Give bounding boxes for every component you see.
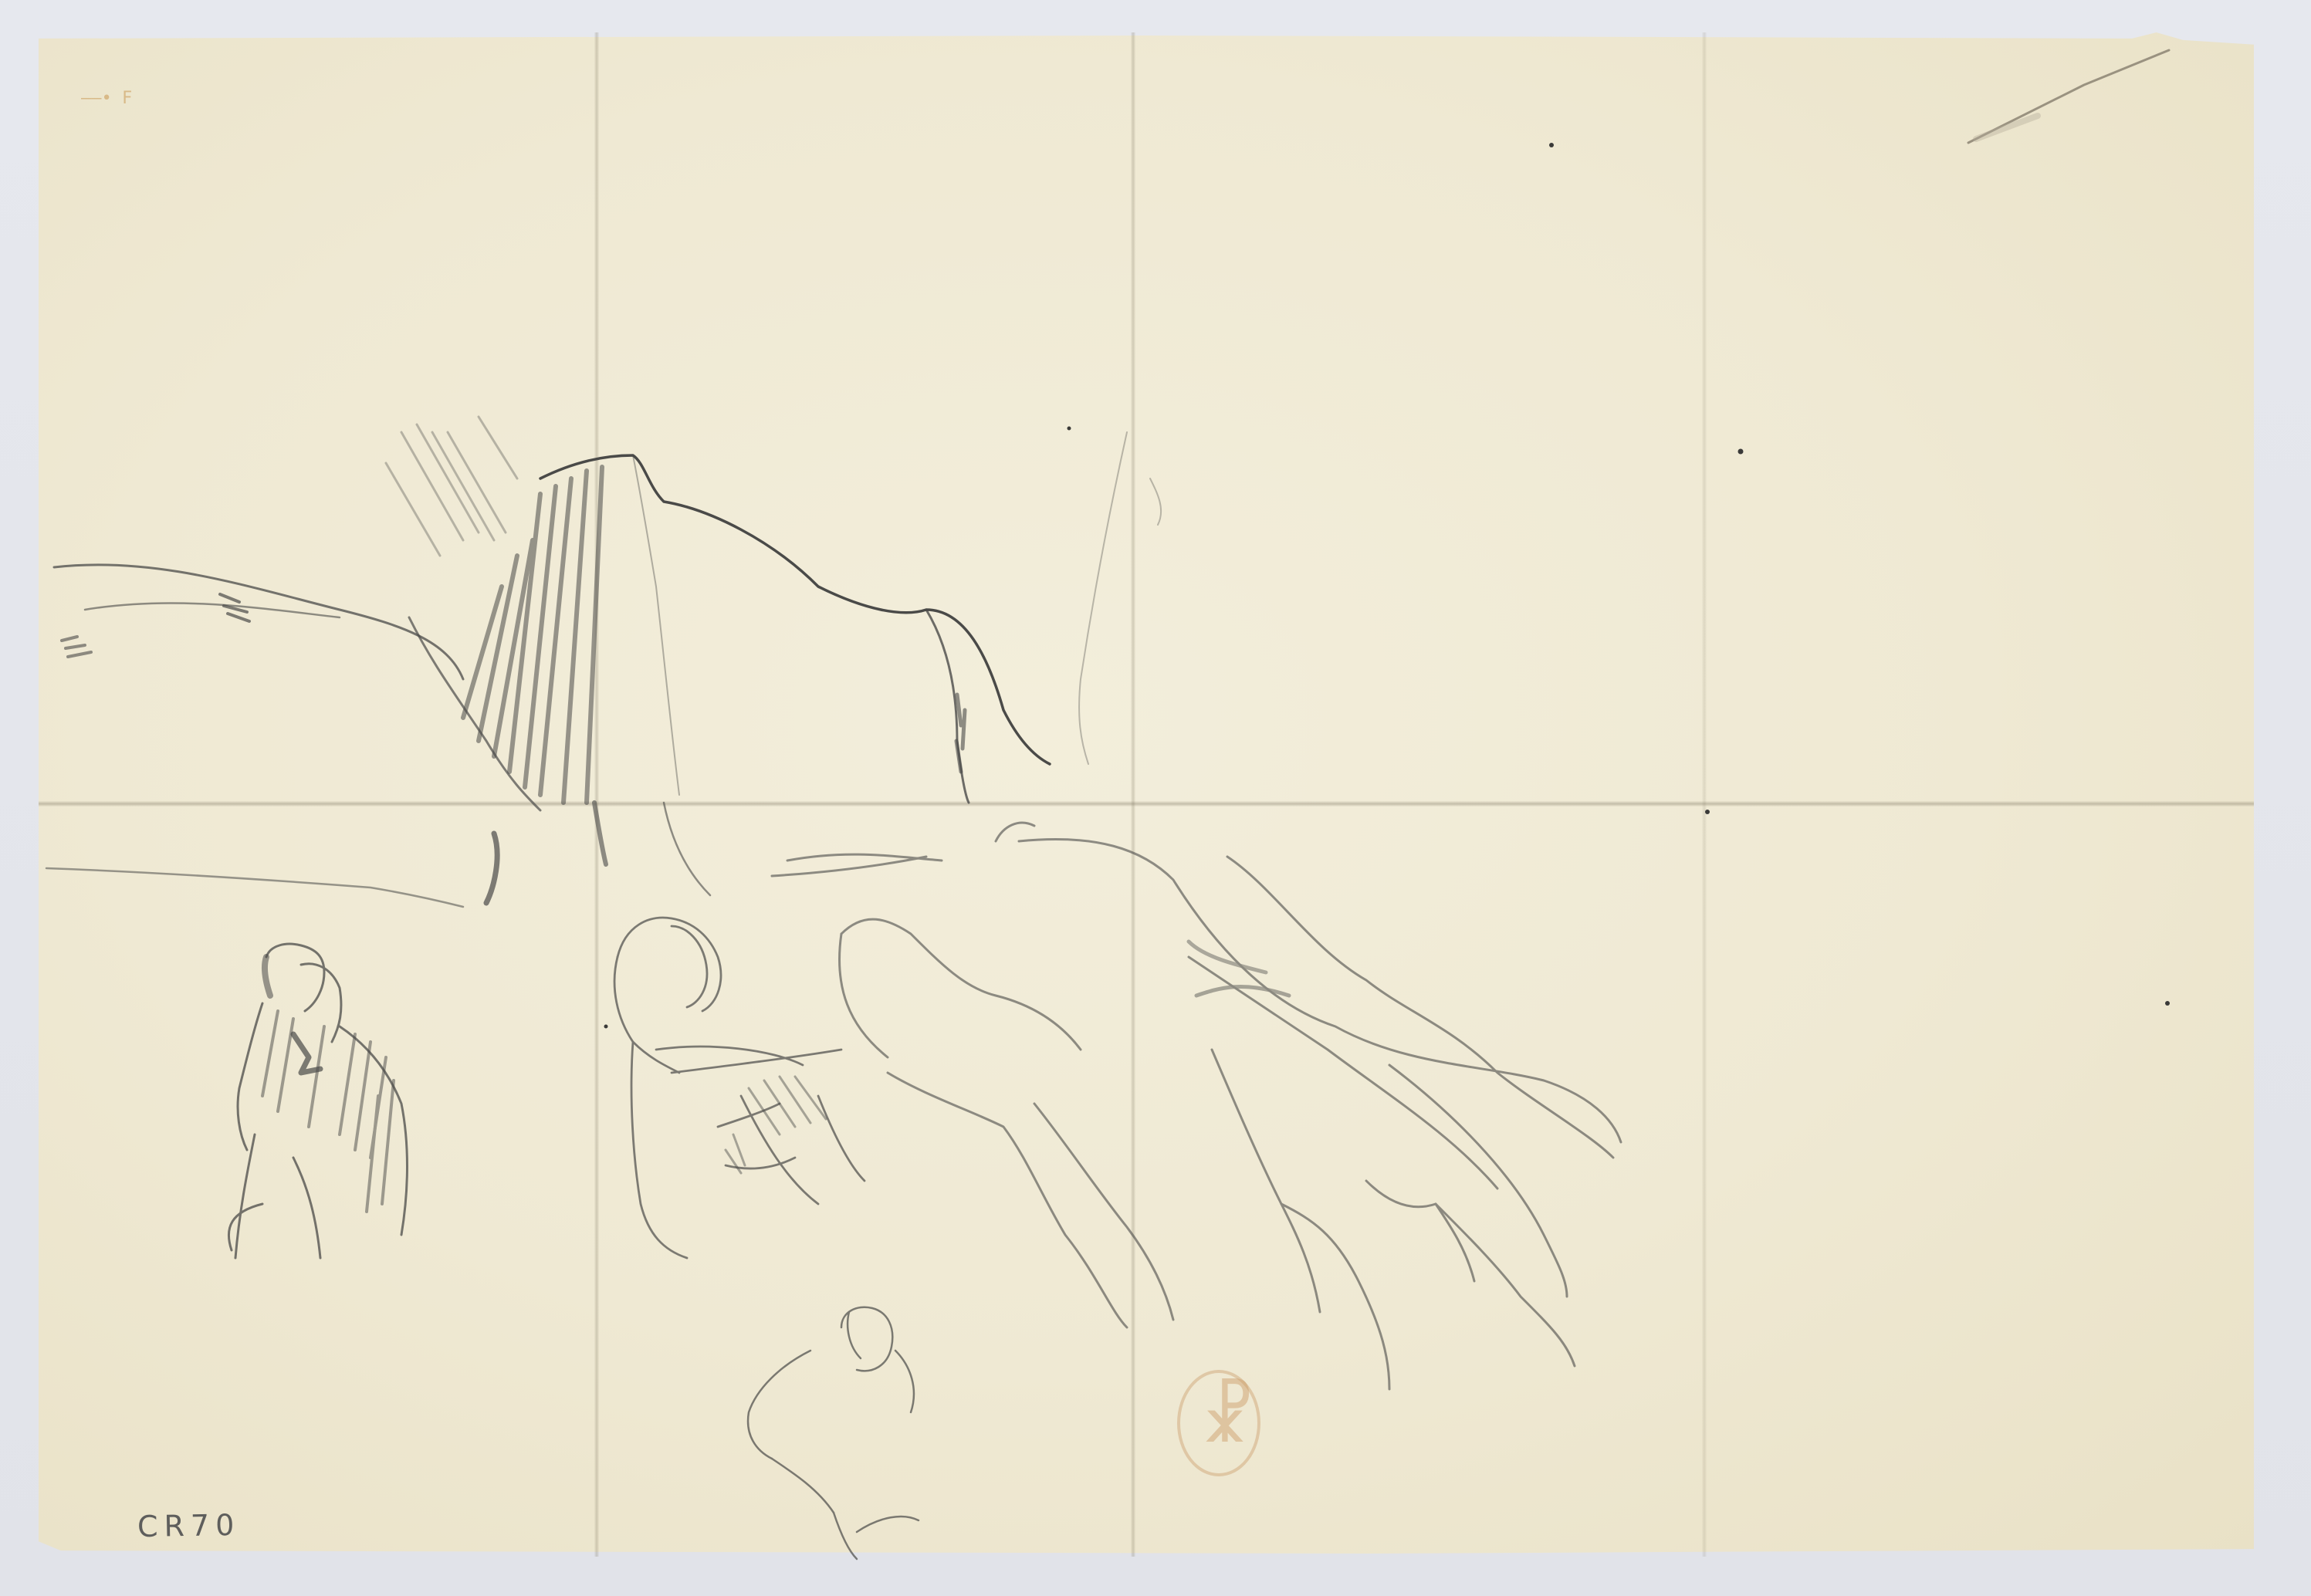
collector-stamp-glyph: ☧ xyxy=(1200,1378,1255,1459)
inventory-inscription: CR70 xyxy=(137,1508,241,1544)
foxing-mark: ‒‒• F xyxy=(81,89,132,108)
pencil-sketch xyxy=(0,0,2311,1596)
